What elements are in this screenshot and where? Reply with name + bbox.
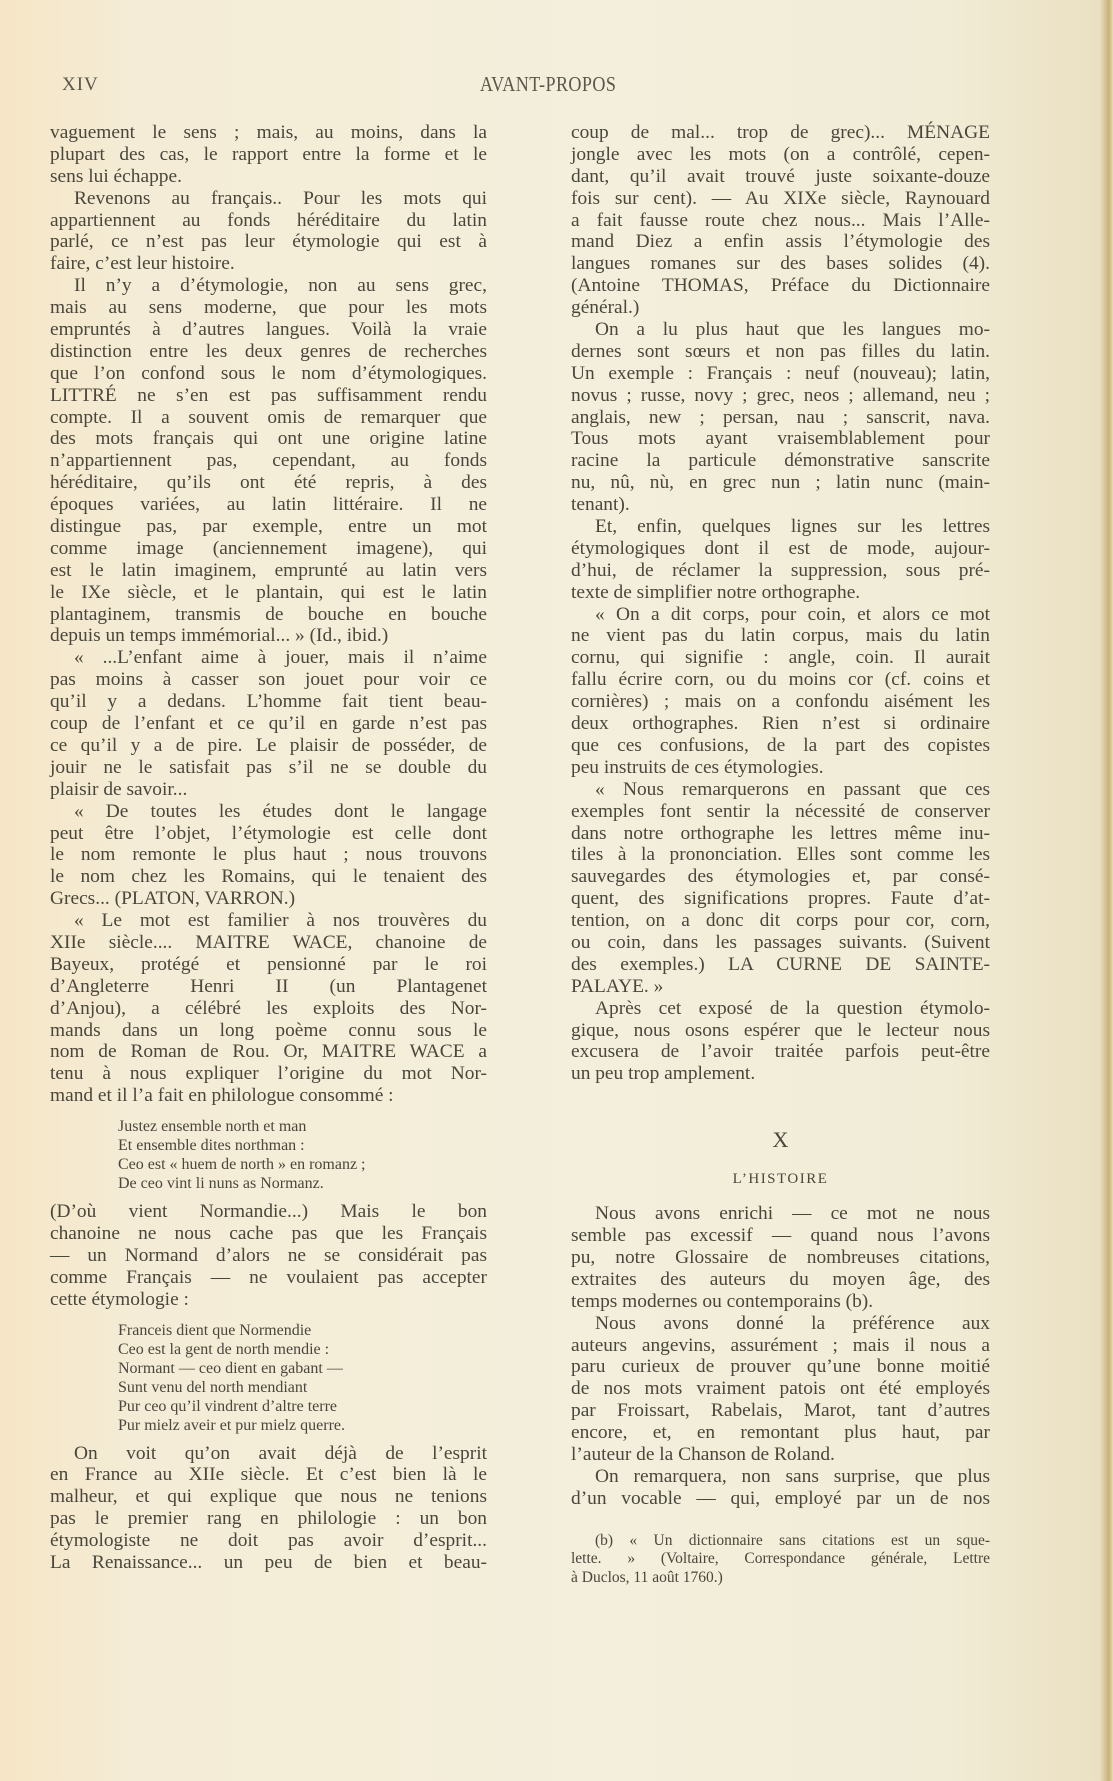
- text-line: l’auteur de la Chanson de Roland.: [571, 1444, 990, 1466]
- text-line: sens lui échappe.: [50, 166, 487, 188]
- text-line: général.): [571, 297, 990, 319]
- text-line: temps modernes ou contemporains (b).: [571, 1291, 990, 1313]
- text-line: dant, qu’il avait trouvé juste soixante-…: [571, 166, 990, 188]
- text-line: pas le premier rang en philologie : un b…: [50, 1508, 487, 1530]
- text-line: (Antoine THOMAS, Préface du Dictionnaire: [571, 275, 990, 297]
- text-line: un peu trop amplement.: [571, 1063, 990, 1085]
- text-line: anglais, new ; persan, nau ; sanscrit, n…: [571, 407, 990, 429]
- text-line: semble pas excessif — quand nous l’avons: [571, 1225, 990, 1247]
- text-line: en France au XIIe siècle. Et c’est bien …: [50, 1464, 487, 1486]
- text-line: excusera de l’avoir traitée parfois peut…: [571, 1041, 990, 1063]
- text-line: compte. Il a souvent omis de remarquer q…: [50, 407, 487, 429]
- text-line: Tous mots ayant vraisemblablement pour: [571, 428, 990, 450]
- text-line: des mots français qui ont une origine la…: [50, 428, 487, 450]
- text-line: peut être l’objet, l’étymologie est cell…: [50, 823, 487, 845]
- text-line: le IXe siècle, et le plantain, qui est l…: [50, 582, 487, 604]
- section-number: X: [571, 1129, 990, 1159]
- text-line: comme image (anciennement imagene), qui: [50, 538, 487, 560]
- text-line: depuis un temps immémorial... » (Id., ib…: [50, 625, 487, 647]
- text-line: novus ; russe, novy ; grec, neos ; allem…: [571, 385, 990, 407]
- text-line: tiles à la prononciation. Elles sont com…: [571, 844, 990, 866]
- text-line: Bayeux, protégé et pensionné par le roi: [50, 954, 487, 976]
- text-line: « Nous remarquerons en passant que ces: [571, 779, 990, 801]
- text-line: jongle avec les mots (on a contrôlé, cep…: [571, 144, 990, 166]
- text-line: a fait fausse route chez nous... Mais l’…: [571, 210, 990, 232]
- text-line: « On a dit corps, pour coin, et alors ce…: [571, 604, 990, 626]
- text-line: ne vient pas du latin corpus, mais du la…: [571, 625, 990, 647]
- text-line: étymologiques dont il est de mode, aujou…: [571, 538, 990, 560]
- text-line: malheur, et qui explique que nous ne ten…: [50, 1486, 487, 1508]
- left-column: vaguement le sens ; mais, au moins, dans…: [50, 122, 487, 1574]
- text-line: plaisir de savoir...: [50, 779, 487, 801]
- text-line: XIIe siècle.... MAITRE WACE, chanoine de: [50, 932, 487, 954]
- text-line: Nous avons enrichi — ce mot ne nous: [571, 1203, 990, 1225]
- footnote: (b) « Un dictionnaire sans citations est…: [571, 1532, 990, 1588]
- page-number: XIV: [62, 74, 99, 96]
- text-line: coup de l’enfant et ce qu’il en garde n’…: [50, 713, 487, 735]
- text-line: ou coin, dans les passages suivants. (Su…: [571, 932, 990, 954]
- text-line: d’hui, de réclamer la suppression, sous …: [571, 560, 990, 582]
- text-line: quent, des significations propres. Faute…: [571, 888, 990, 910]
- text-line: (D’où vient Normandie...) Mais le bon: [50, 1201, 487, 1223]
- text-line: par Froissart, Rabelais, Marot, tant d’a…: [571, 1400, 990, 1422]
- text-line: La Renaissance... un peu de bien et beau…: [50, 1552, 487, 1574]
- text-line: qu’il y a dedans. L’homme fait tient bea…: [50, 691, 487, 713]
- text-line: de nos mots vraiment patois ont été empl…: [571, 1378, 990, 1400]
- section-title: L’HISTOIRE: [571, 1169, 990, 1189]
- verse-line: Et ensemble dites northman :: [118, 1136, 487, 1155]
- text-line: exemples font sentir la nécessité de con…: [571, 801, 990, 823]
- text-line: est le latin imaginem, emprunté au latin…: [50, 560, 487, 582]
- verse-quote-1: Justez ensemble north et man Et ensemble…: [50, 1117, 487, 1193]
- verse-line: Pur mielz aveir et pur mielz querre.: [118, 1416, 487, 1435]
- text-line: — un Normand d’alors ne se considérait p…: [50, 1245, 487, 1267]
- text-line: le nom remonte le plus haut ; nous trouv…: [50, 844, 487, 866]
- text-line: mands dans un long poème connu sous le: [50, 1020, 487, 1042]
- text-line: chanoine ne nous cache pas que les Franç…: [50, 1223, 487, 1245]
- verse-line: Sunt venu del north mendiant: [118, 1378, 487, 1397]
- text-line: cornières) ; mais on a confondu aisément…: [571, 691, 990, 713]
- text-line: dans notre orthographe les lettres même …: [571, 823, 990, 845]
- verse-line: Pur ceo qu’il vindrent d’altre terre: [118, 1397, 487, 1416]
- text-line: d’Anjou), a célébré les exploits des Nor…: [50, 998, 487, 1020]
- text-line: PALAYE. »: [571, 976, 990, 998]
- text-line: texte de simplifier notre orthographe.: [571, 582, 990, 604]
- verse-quote-2: Franceis dient que Normendie Ceo est la …: [50, 1321, 487, 1435]
- footnote-line: lette. » (Voltaire, Correspondance génér…: [571, 1550, 990, 1569]
- text-line: coup de mal... trop de grec)... MÉNAGE: [571, 122, 990, 144]
- verse-line: Justez ensemble north et man: [118, 1117, 487, 1136]
- text-line: tenu à nous expliquer l’origine du mot N…: [50, 1063, 487, 1085]
- text-line: que l’on confond sous le nom d’étymologi…: [50, 363, 487, 385]
- text-line: tenant).: [571, 494, 990, 516]
- text-line: ce qu’il y a de pire. Le plaisir de poss…: [50, 735, 487, 757]
- text-line: Et, enfin, quelques lignes sur les lettr…: [571, 516, 990, 538]
- text-line: auteurs angevins, assurément ; mais il n…: [571, 1335, 990, 1357]
- running-title: AVANT-PROPOS: [480, 72, 616, 97]
- text-line: faire, c’est leur histoire.: [50, 253, 487, 275]
- text-line: mais au sens moderne, que pour les mots: [50, 297, 487, 319]
- text-line: plantaginem, transmis de bouche en bouch…: [50, 604, 487, 626]
- text-line: nu, nû, nù, en grec nun ; latin nunc (ma…: [571, 472, 990, 494]
- text-line: le nom chez les Romains, qui le tenaient…: [50, 866, 487, 888]
- text-line: « ...L’enfant aime à jouer, mais il n’ai…: [50, 647, 487, 669]
- text-line: des exemples.) LA CURNE DE SAINTE-: [571, 954, 990, 976]
- text-line: mand et il l’a fait en philologue consom…: [50, 1085, 487, 1107]
- text-line: gique, nous osons espérer que le lecteur…: [571, 1020, 990, 1042]
- text-line: Nous avons donné la préférence aux: [571, 1313, 990, 1335]
- right-column: coup de mal... trop de grec)... MÉNAGE j…: [571, 122, 990, 1587]
- text-line: comme Français — ne voulaient pas accept…: [50, 1267, 487, 1289]
- text-line: peu instruits de ces étymologies.: [571, 757, 990, 779]
- text-line: pas moins à casser son jouet pour voir c…: [50, 669, 487, 691]
- verse-line: Normant — ceo dient en gabant —: [118, 1359, 487, 1378]
- text-line: Il n’y a d’étymologie, non au sens grec,: [50, 275, 487, 297]
- footnote-line: (b) « Un dictionnaire sans citations est…: [571, 1532, 990, 1551]
- text-line: n’appartiennent pas, cependant, au fonds: [50, 450, 487, 472]
- page-edge: [1099, 0, 1113, 1781]
- text-line: encore, et, en remontant plus haut, par: [571, 1422, 990, 1444]
- text-line: parlé, ce n’est pas leur étymologie qui …: [50, 231, 487, 253]
- text-line: fallu écrire corn, ou du moins cor (cf. …: [571, 669, 990, 691]
- text-line: distingue pas, par exemple, entre un mot: [50, 516, 487, 538]
- text-line: deux orthographes. Rien n’est si ordinai…: [571, 713, 990, 735]
- verse-line: Ceo est « huem de north » en romanz ;: [118, 1155, 487, 1174]
- text-line: Grecs... (PLATON, VARRON.): [50, 888, 487, 910]
- text-line: paru curieux de prouver qu’une bonne moi…: [571, 1356, 990, 1378]
- text-line: racine la particule démonstrative sanscr…: [571, 450, 990, 472]
- text-line: fois sur cent). — Au XIXe siècle, Raynou…: [571, 188, 990, 210]
- text-line: mand Diez a enfin assis l’étymologie des: [571, 231, 990, 253]
- text-line: empruntés à d’autres langues. Voilà la v…: [50, 319, 487, 341]
- text-line: d’Angleterre Henri II (un Plantagenet: [50, 976, 487, 998]
- text-line: plupart des cas, le rapport entre la for…: [50, 144, 487, 166]
- text-line: cette étymologie :: [50, 1289, 487, 1311]
- verse-line: Franceis dient que Normendie: [118, 1321, 487, 1340]
- text-line: appartiennent au fonds héréditaire du la…: [50, 210, 487, 232]
- text-line: nom de Roman de Rou. Or, MAITRE WACE a: [50, 1041, 487, 1063]
- text-line: que ces confusions, de la part des copis…: [571, 735, 990, 757]
- text-line: vaguement le sens ; mais, au moins, dans…: [50, 122, 487, 144]
- text-line: époques variées, au latin littéraire. Il…: [50, 494, 487, 516]
- text-line: sauvegardes des étymologies et, par cons…: [571, 866, 990, 888]
- verse-line: De ceo vint li nuns as Normanz.: [118, 1174, 487, 1193]
- text-line: LITTRÉ ne s’en est pas suffisamment rend…: [50, 385, 487, 407]
- text-line: pu, notre Glossaire de nombreuses citati…: [571, 1247, 990, 1269]
- text-line: Après cet exposé de la question étymolo-: [571, 998, 990, 1020]
- text-line: dernes sont sœurs et non pas filles du l…: [571, 341, 990, 363]
- text-line: distinction entre les deux genres de rec…: [50, 341, 487, 363]
- text-line: tention, on a donc dit corps pour cor, c…: [571, 910, 990, 932]
- text-line: langues romanes sur des bases solides (4…: [571, 253, 990, 275]
- text-line: « Le mot est familier à nos trouvères du: [50, 910, 487, 932]
- text-line: héréditaire, qu’ils ont été repris, à de…: [50, 472, 487, 494]
- text-line: cornu, qui signifie : angle, coin. Il au…: [571, 647, 990, 669]
- running-head: XIV AVANT-PROPOS: [0, 72, 1113, 96]
- text-line: Un exemple : Français : neuf (nouveau); …: [571, 363, 990, 385]
- text-line: Revenons au français.. Pour les mots qui: [50, 188, 487, 210]
- text-line: jouir ne le satisfait pas s’il ne se dou…: [50, 757, 487, 779]
- text-line: d’un vocable — qui, employé par un de no…: [571, 1488, 990, 1510]
- text-line: On voit qu’on avait déjà de l’esprit: [50, 1443, 487, 1465]
- text-line: étymologiste ne doit pas avoir d’esprit.…: [50, 1530, 487, 1552]
- text-line: On remarquera, non sans surprise, que pl…: [571, 1466, 990, 1488]
- text-line: On a lu plus haut que les langues mo-: [571, 319, 990, 341]
- footnote-line: à Duclos, 11 août 1760.): [571, 1569, 990, 1588]
- text-line: « De toutes les études dont le langage: [50, 801, 487, 823]
- text-line: extraites des auteurs du moyen âge, des: [571, 1269, 990, 1291]
- verse-line: Ceo est la gent de north mendie :: [118, 1340, 487, 1359]
